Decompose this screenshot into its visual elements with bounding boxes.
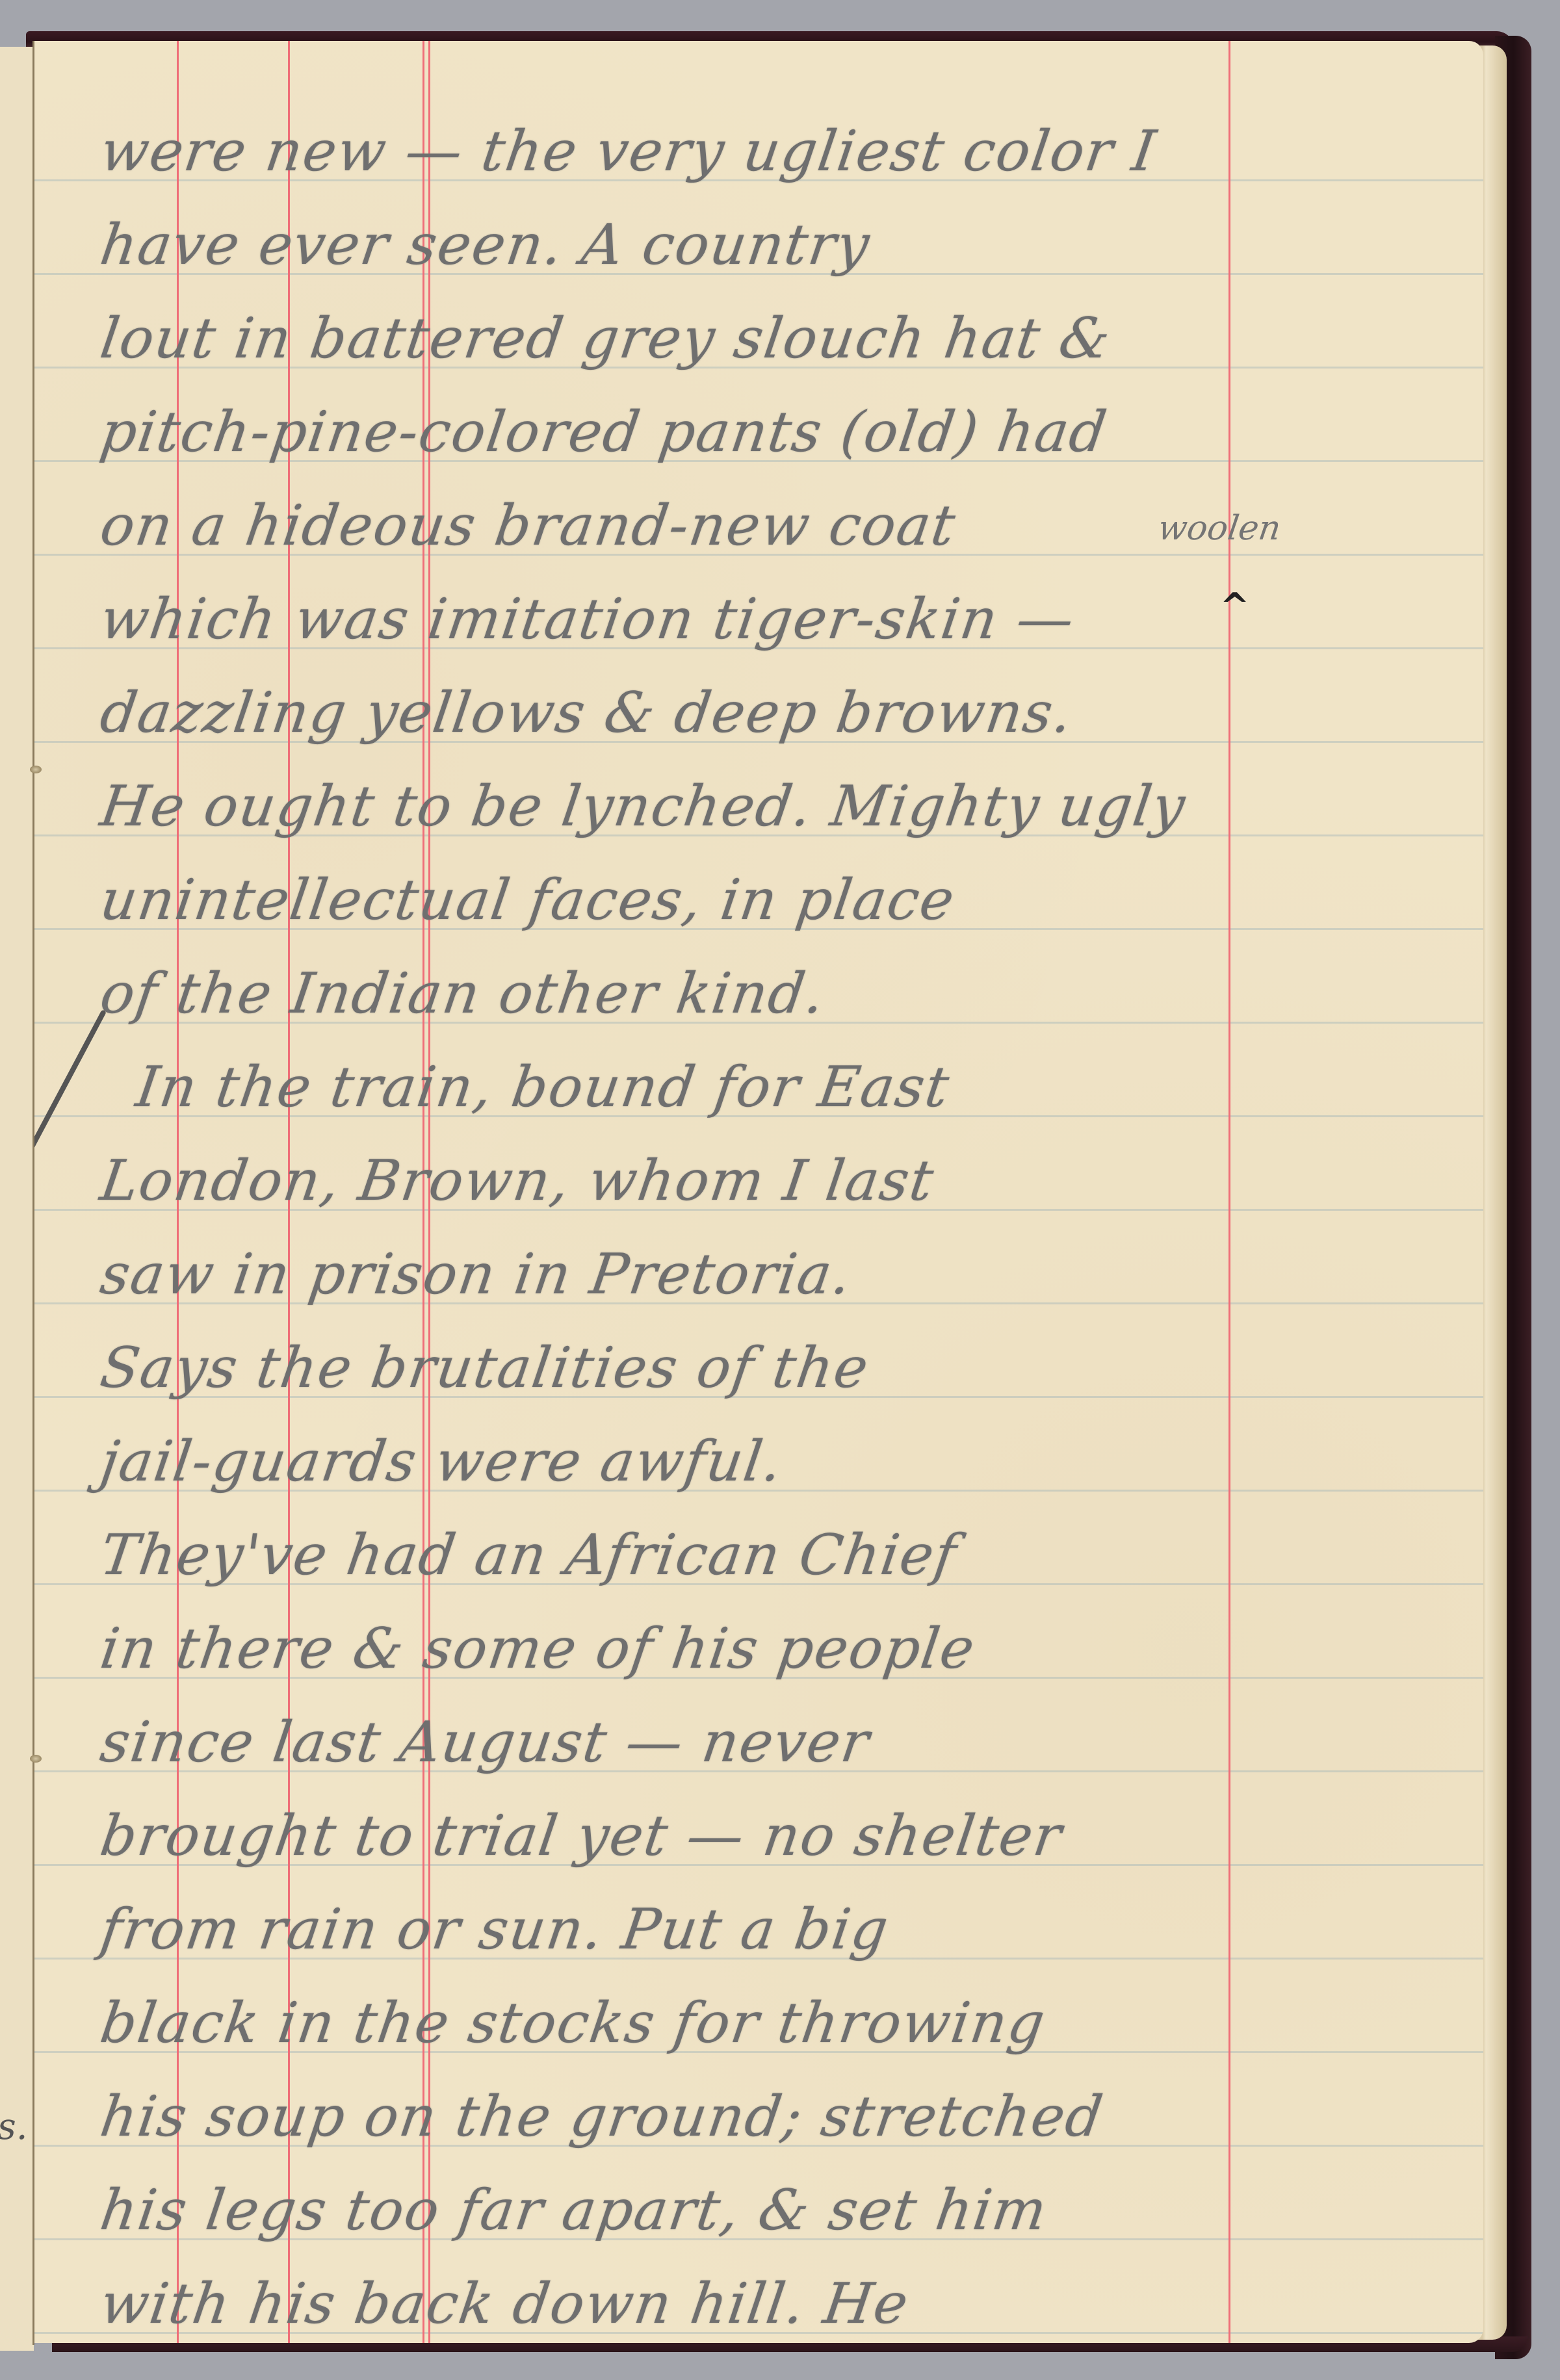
handwritten-line: He ought to be lynched. Mighty ugly bbox=[96, 768, 1483, 846]
handwritten-line: London, Brown, whom I last bbox=[96, 1142, 1483, 1220]
handwritten-line: unintellectual faces, in place bbox=[96, 861, 1483, 939]
handwritten-line: since last August — never bbox=[96, 1703, 1483, 1781]
handwritten-line: lout in battered grey slouch hat & bbox=[96, 300, 1483, 378]
notebook-page: were new — the very ugliest color I have… bbox=[34, 41, 1483, 2343]
insertion-caret: ^ bbox=[1220, 586, 1249, 627]
handwritten-line: brought to trial yet — no shelter bbox=[96, 1797, 1483, 1875]
handwritten-line: In the train, bound for East bbox=[131, 1048, 1483, 1126]
binding-gutter bbox=[32, 41, 34, 2345]
stitch-hole bbox=[30, 1755, 42, 1763]
handwritten-line: his legs too far apart, & set him bbox=[96, 2171, 1483, 2249]
handwritten-line: which was imitation tiger-skin — bbox=[96, 580, 1483, 658]
paragraph-mark bbox=[34, 1009, 107, 1201]
handwritten-line: have ever seen. A country bbox=[96, 206, 1483, 284]
handwritten-line: from rain or sun. Put a big bbox=[96, 1891, 1483, 1969]
handwritten-line: Says the brutalities of the bbox=[96, 1329, 1483, 1407]
handwritten-line: black in the stocks for throwing bbox=[96, 1984, 1483, 2062]
handwritten-line: jail-guards were awful. bbox=[96, 1423, 1483, 1501]
handwritten-line: in there & some of his people bbox=[96, 1610, 1483, 1688]
handwritten-line: were new — the very ugliest color I bbox=[96, 112, 1483, 190]
stitch-hole bbox=[30, 766, 42, 773]
interlinear-insertion: woolen bbox=[1156, 509, 1283, 548]
facing-page-sliver bbox=[0, 47, 34, 2351]
handwritten-line: They've had an African Chief bbox=[96, 1516, 1483, 1594]
handwritten-line: his soup on the ground; stretched bbox=[96, 2078, 1483, 2156]
handwritten-line: saw in prison in Pretoria. bbox=[96, 1235, 1483, 1313]
handwritten-line: of the Indian other kind. bbox=[96, 955, 1483, 1033]
handwritten-line: pitch-pine-colored pants (old) had bbox=[96, 393, 1483, 471]
handwritten-line: with his back down hill. He bbox=[96, 2265, 1483, 2343]
facing-page-mark: s. bbox=[0, 2106, 28, 2148]
handwritten-line: dazzling yellows & deep browns. bbox=[96, 674, 1483, 752]
